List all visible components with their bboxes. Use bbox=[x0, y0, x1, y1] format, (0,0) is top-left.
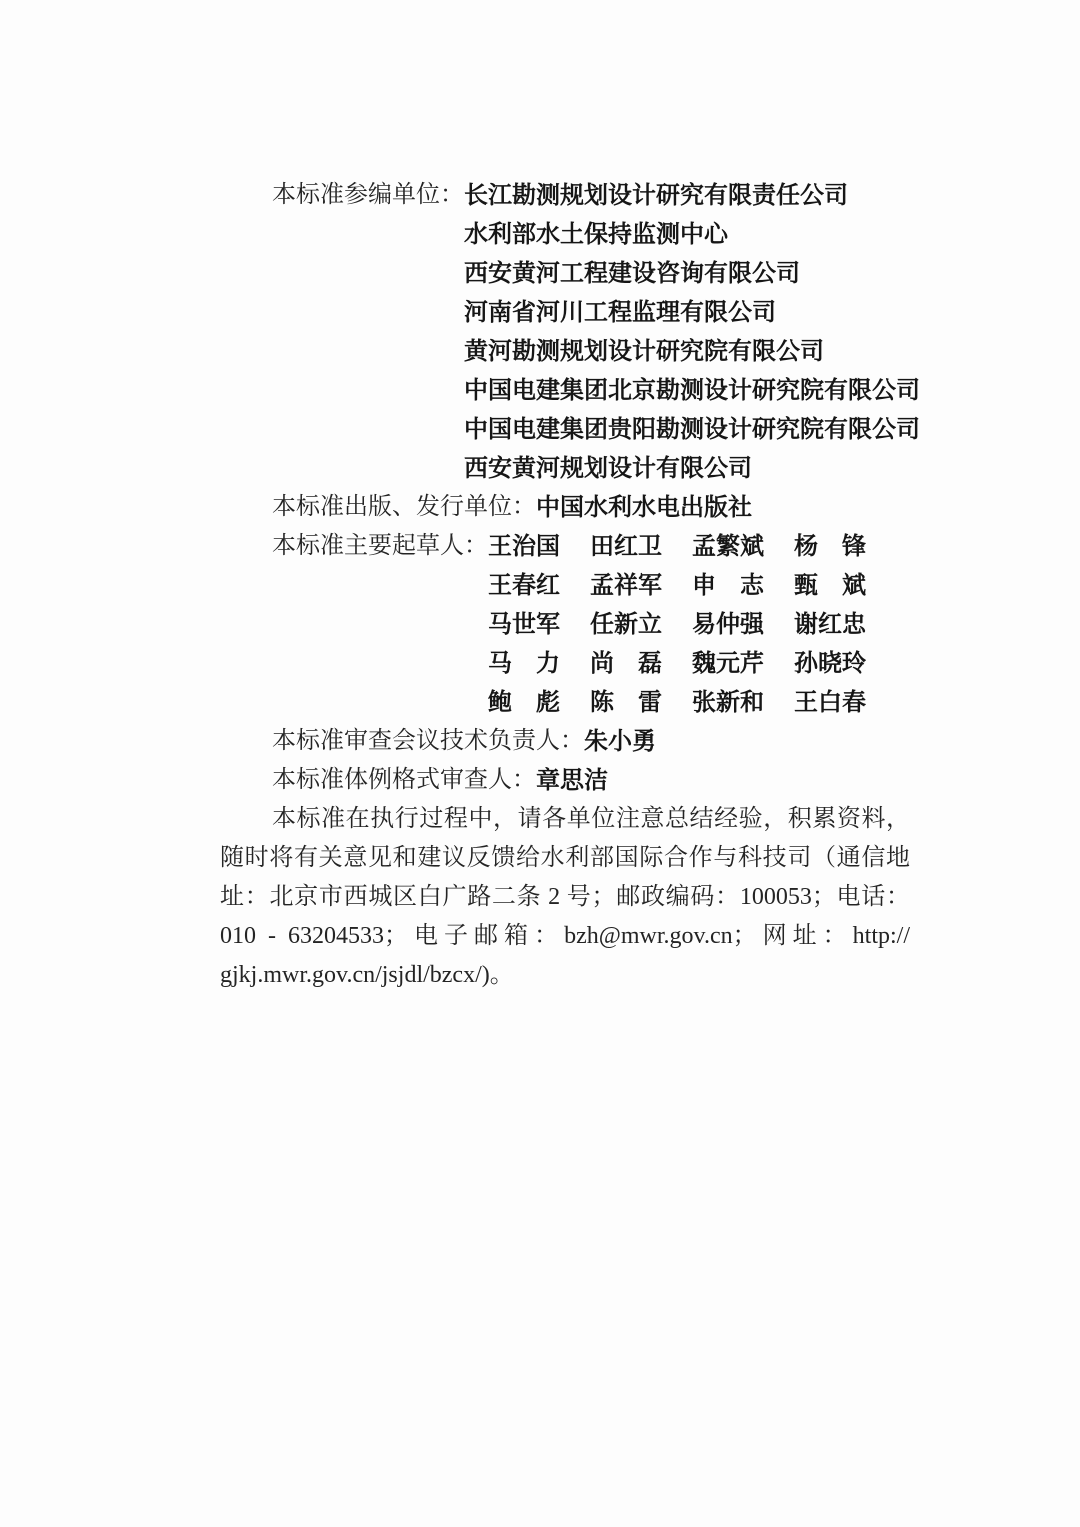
drafter-name: 王治国 bbox=[488, 527, 560, 566]
drafters-section: 本标准主要起草人： 王治国 田红卫 孟繁斌 杨锋 王春红 孟祥军 申志 甄斌 马… bbox=[220, 527, 910, 722]
drafter-name: 王白春 bbox=[794, 683, 866, 722]
notice-line: gjkj.mwr.gov.cn/jsjdl/bzcx/)。 bbox=[220, 956, 910, 995]
drafter-name: 张新和 bbox=[692, 683, 764, 722]
drafter-name: 易仲强 bbox=[692, 605, 764, 644]
drafter-name: 孙晓玲 bbox=[794, 644, 866, 683]
format-reviewer-section: 本标准体例格式审查人： 章思洁 bbox=[220, 761, 910, 800]
drafters-row: 马力 尚磊 魏元芹 孙晓玲 bbox=[488, 644, 910, 683]
drafter-name: 孟繁斌 bbox=[692, 527, 764, 566]
drafter-name: 杨锋 bbox=[794, 527, 866, 566]
drafter-name: 魏元芹 bbox=[692, 644, 764, 683]
publisher-section: 本标准出版、发行单位： 中国水利水电出版社 bbox=[220, 488, 910, 527]
unit-item: 西安黄河工程建设咨询有限公司 bbox=[464, 254, 920, 293]
drafters-label: 本标准主要起草人： bbox=[220, 527, 488, 566]
review-leader-section: 本标准审查会议技术负责人： 朱小勇 bbox=[220, 722, 910, 761]
notice-line: 本标准在执行过程中，请各单位注意总结经验，积累资料， bbox=[220, 800, 910, 839]
drafter-name: 王春红 bbox=[488, 566, 560, 605]
drafter-name: 孟祥军 bbox=[590, 566, 662, 605]
participating-units-section: 本标准参编单位： 长江勘测规划设计研究有限责任公司 水利部水土保持监测中心 西安… bbox=[220, 176, 910, 488]
drafter-name: 任新立 bbox=[590, 605, 662, 644]
feedback-notice-paragraph: 本标准在执行过程中，请各单位注意总结经验，积累资料， 随时将有关意见和建议反馈给… bbox=[220, 800, 910, 995]
unit-item: 中国电建集团北京勘测设计研究院有限公司 bbox=[464, 371, 920, 410]
drafter-name: 陈雷 bbox=[590, 683, 662, 722]
notice-line: 010 - 63204533；电子邮箱：bzh@mwr.gov.cn；网址：ht… bbox=[220, 917, 910, 956]
participating-units-label: 本标准参编单位： bbox=[220, 176, 464, 215]
unit-item: 黄河勘测规划设计研究院有限公司 bbox=[464, 332, 920, 371]
unit-item: 西安黄河规划设计有限公司 bbox=[464, 449, 920, 488]
drafter-name: 鲍彪 bbox=[488, 683, 560, 722]
drafters-row: 马世军 任新立 易仲强 谢红忠 bbox=[488, 605, 910, 644]
participating-units-list: 长江勘测规划设计研究有限责任公司 水利部水土保持监测中心 西安黄河工程建设咨询有… bbox=[464, 176, 920, 488]
drafters-name-grid: 王治国 田红卫 孟繁斌 杨锋 王春红 孟祥军 申志 甄斌 马世军 任新立 易仲强… bbox=[488, 527, 910, 722]
drafter-name: 甄斌 bbox=[794, 566, 866, 605]
drafter-name: 马世军 bbox=[488, 605, 560, 644]
format-reviewer-name: 章思洁 bbox=[536, 761, 608, 800]
unit-item: 长江勘测规划设计研究有限责任公司 bbox=[464, 176, 920, 215]
publisher-label: 本标准出版、发行单位： bbox=[220, 488, 536, 527]
front-matter-text-block: 本标准参编单位： 长江勘测规划设计研究有限责任公司 水利部水土保持监测中心 西安… bbox=[220, 176, 910, 995]
unit-item: 河南省河川工程监理有限公司 bbox=[464, 293, 920, 332]
unit-item: 中国电建集团贵阳勘测设计研究院有限公司 bbox=[464, 410, 920, 449]
notice-line: 址：北京市西城区白广路二条 2 号；邮政编码：100053；电话： bbox=[220, 878, 910, 917]
document-page: 本标准参编单位： 长江勘测规划设计研究有限责任公司 水利部水土保持监测中心 西安… bbox=[0, 0, 1080, 1527]
drafter-name: 申志 bbox=[692, 566, 764, 605]
drafter-name: 谢红忠 bbox=[794, 605, 866, 644]
publisher-name: 中国水利水电出版社 bbox=[536, 488, 752, 527]
drafter-name: 尚磊 bbox=[590, 644, 662, 683]
drafter-name: 田红卫 bbox=[590, 527, 662, 566]
notice-line: 随时将有关意见和建议反馈给水利部国际合作与科技司（通信地 bbox=[220, 839, 910, 878]
drafter-name: 马力 bbox=[488, 644, 560, 683]
review-leader-label: 本标准审查会议技术负责人： bbox=[220, 722, 584, 761]
drafters-row: 王治国 田红卫 孟繁斌 杨锋 bbox=[488, 527, 910, 566]
review-leader-name: 朱小勇 bbox=[584, 722, 656, 761]
format-reviewer-label: 本标准体例格式审查人： bbox=[220, 761, 536, 800]
drafters-row: 王春红 孟祥军 申志 甄斌 bbox=[488, 566, 910, 605]
drafters-row: 鲍彪 陈雷 张新和 王白春 bbox=[488, 683, 910, 722]
unit-item: 水利部水土保持监测中心 bbox=[464, 215, 920, 254]
